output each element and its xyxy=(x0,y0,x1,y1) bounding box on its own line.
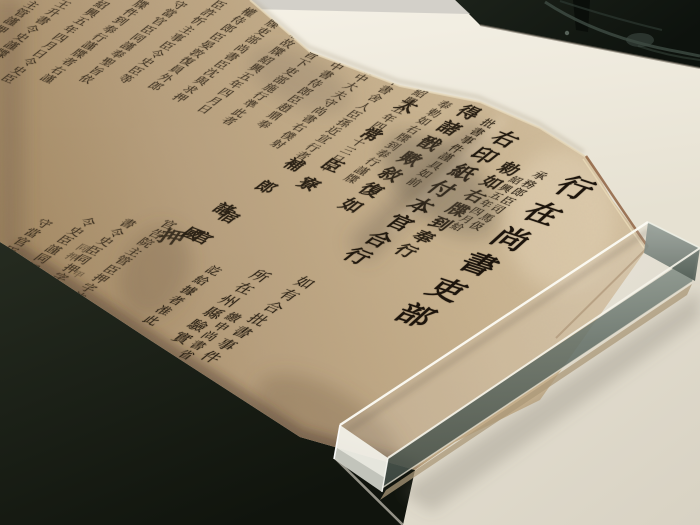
calligraphy-character: 射 xyxy=(268,138,289,150)
calligraphy-character: 到 xyxy=(110,15,131,27)
calligraphy-character: 在 xyxy=(230,281,257,297)
calligraphy-character: 吏 xyxy=(419,275,472,305)
calligraphy-character: 付 xyxy=(422,179,460,201)
manuscript-scroll xyxy=(0,0,700,525)
calligraphy-character: 近 xyxy=(323,125,344,137)
calligraphy-character: 押 xyxy=(62,252,81,263)
calligraphy-character: 事 xyxy=(213,337,240,353)
calligraphy-character: 告 xyxy=(145,228,167,241)
calligraphy-character: 五 xyxy=(389,104,410,116)
paper-under-acrylic xyxy=(380,284,692,500)
calligraphy-character: 下 xyxy=(291,58,312,70)
foreground-layer xyxy=(0,0,700,525)
calligraphy-character: 者 xyxy=(219,115,240,127)
calligraphy-character: 月 xyxy=(358,129,379,141)
calligraphy-character: 件 xyxy=(120,7,141,19)
calligraphy-character: 合 xyxy=(359,230,397,252)
calligraphy-character: 官 xyxy=(156,219,178,232)
calligraphy-character: 吏 xyxy=(281,66,302,78)
case-frame-edge xyxy=(480,25,700,68)
calligraphy-character: 郎 xyxy=(218,23,239,35)
calligraphy-character: 謹 xyxy=(38,73,59,85)
scroll-paper xyxy=(0,0,648,470)
calligraphy-character: 臣 xyxy=(0,73,19,85)
torn-edge-highlight xyxy=(583,159,644,248)
calligraphy-character: 旨 xyxy=(87,65,108,77)
calligraphy-character: 如 xyxy=(334,197,367,216)
calligraphy-character: 給 xyxy=(448,222,467,233)
calligraphy-character: 事 xyxy=(457,134,478,146)
calligraphy-character: 準 xyxy=(240,99,261,111)
calligraphy-character: 王 xyxy=(53,0,74,11)
calligraphy-character: 諸 xyxy=(208,202,237,219)
calligraphy-character: 行 xyxy=(362,157,383,169)
calligraphy-character: 者 xyxy=(292,150,313,162)
calligraphy-character: 書 xyxy=(186,340,208,353)
calligraphy-character: 日 xyxy=(29,48,50,60)
calligraphy-character: 臣 xyxy=(285,94,306,106)
calligraphy-character: 夫 xyxy=(330,89,351,101)
calligraphy-character: 趙 xyxy=(274,102,295,114)
calligraphy-character: 牒 xyxy=(0,48,11,60)
calligraphy-character: 鼎 xyxy=(264,110,285,122)
calligraphy-character: 訖 xyxy=(151,367,173,380)
calligraphy-character: 尚 xyxy=(198,330,220,343)
calligraphy-character: 臣 xyxy=(208,0,229,11)
calligraphy-character: 主 xyxy=(177,24,198,36)
calligraphy-character: 書 xyxy=(221,51,242,63)
calligraphy-character: 如 xyxy=(413,116,434,128)
stain-overlay xyxy=(371,119,505,245)
calligraphy-character: 所 xyxy=(246,269,273,285)
calligraphy-character: 臣 xyxy=(0,245,20,258)
calligraphy-character: 到 xyxy=(383,140,404,152)
calligraphy-character: 中 xyxy=(350,73,371,85)
calligraphy-character: 牒 xyxy=(69,48,90,60)
calligraphy-character: 紹 xyxy=(256,54,277,66)
acrylic-far-end-face xyxy=(644,222,700,281)
calligraphy-character: 興 xyxy=(246,62,267,74)
calligraphy-character: 訖 xyxy=(202,265,224,278)
calligraphy-character: 當 xyxy=(159,8,180,20)
calligraphy-character: 四 xyxy=(215,87,236,99)
calligraphy-character: 給 xyxy=(189,275,211,288)
calligraphy-character: 郎 xyxy=(250,179,279,196)
calligraphy-character: 外 xyxy=(156,72,177,84)
calligraphy-character: 勅 xyxy=(424,107,445,119)
calligraphy-character: 此 xyxy=(229,107,250,119)
acrylic-contact-shadow xyxy=(346,230,650,432)
calligraphy-character: 史 xyxy=(9,65,30,77)
calligraphy-character: 四 xyxy=(368,120,389,132)
acrylic-weight xyxy=(334,222,700,512)
calligraphy-character: 院 xyxy=(134,237,156,250)
calligraphy-character: 守 xyxy=(32,218,54,231)
calligraphy-character: 管 xyxy=(111,255,133,268)
calligraphy-character: 得 xyxy=(451,104,484,123)
calligraphy-character: 主 xyxy=(122,246,144,259)
calligraphy-character: 驗 xyxy=(183,318,210,334)
calligraphy-character: 臣 xyxy=(100,264,122,277)
calligraphy-character: 行 xyxy=(390,243,421,261)
case-wall-strip xyxy=(240,0,470,14)
calligraphy-character: 臣 xyxy=(82,245,104,258)
calligraphy-character: 常 xyxy=(355,126,386,144)
calligraphy-character: 件 xyxy=(197,350,224,366)
calligraphy-character: 管 xyxy=(11,7,32,19)
calligraphy-character: 前 xyxy=(404,176,425,188)
calligraphy-character: 奉 xyxy=(107,49,128,61)
calligraphy-character: 謹 xyxy=(1,16,22,28)
calligraphy-character: 奉 xyxy=(254,118,275,130)
calligraphy-character: 年 xyxy=(477,198,496,209)
calligraphy-character: 此 xyxy=(139,315,161,328)
calligraphy-character: 甲 xyxy=(68,270,85,280)
calligraphy-character: 同 xyxy=(73,243,92,254)
calligraphy-character: 行 xyxy=(303,142,324,154)
calligraphy-character: 奉 xyxy=(372,148,393,160)
calligraphy-character: 依 xyxy=(76,73,97,85)
calligraphy-character: 興 xyxy=(496,183,515,194)
calligraphy-character: 尚 xyxy=(232,43,253,55)
calligraphy-character: 太 xyxy=(391,98,422,116)
calligraphy-character: 合 xyxy=(259,300,286,316)
calligraphy-character: 行 xyxy=(337,246,375,268)
calligraphy-character: 興 xyxy=(399,96,420,108)
scroll-cast-shadow xyxy=(248,0,584,152)
calligraphy-character: 郎 xyxy=(508,187,529,199)
calligraphy-character: 奉 xyxy=(99,24,120,36)
calligraphy-character: 牒 xyxy=(263,18,284,30)
calligraphy-character: 侍 xyxy=(305,77,326,89)
calligraphy-character: 紹 xyxy=(91,0,112,11)
calligraphy-character: 敘 xyxy=(373,166,406,185)
calligraphy-character: 吏 xyxy=(252,26,273,38)
acrylic-shadow xyxy=(400,290,700,512)
acrylic-side-face xyxy=(382,252,698,488)
calligraphy-character: 補 xyxy=(278,157,307,174)
calligraphy-character: 臣 xyxy=(126,65,147,77)
calligraphy-character: 本 xyxy=(401,196,439,218)
calligraphy-character: 年 xyxy=(60,24,81,36)
calligraphy-character: 書 xyxy=(467,126,488,138)
calligraphy-character: 字 xyxy=(48,272,70,285)
calligraphy-character: 牒 xyxy=(341,173,362,185)
calligraphy-character: 與 xyxy=(191,75,212,87)
calligraphy-character: 同 xyxy=(128,32,149,44)
calligraphy-character: 批 xyxy=(478,118,499,130)
scroll-top-edge xyxy=(250,0,586,157)
calligraphy-character: 下 xyxy=(317,161,338,173)
calligraphy-character: 五 xyxy=(487,191,506,202)
calligraphy-character: 右 xyxy=(48,64,69,76)
calligraphy-character: 勅 xyxy=(287,30,308,42)
calligraphy-character: 五 xyxy=(236,71,257,83)
calligraphy-character: 牒 xyxy=(441,202,472,220)
calligraphy-character: 申 xyxy=(209,321,231,334)
calligraphy-character: 給 xyxy=(163,358,185,371)
calligraphy-character: 史 xyxy=(93,236,115,249)
calligraphy-character: 年 xyxy=(225,79,246,91)
calligraphy-character: 到 xyxy=(424,215,455,233)
calligraphy-character: 書 xyxy=(299,114,320,126)
calligraphy-character: 宿 xyxy=(213,209,242,226)
calligraphy-character: 升 xyxy=(42,7,63,19)
calligraphy-character: 牒 xyxy=(130,0,151,11)
calligraphy-character: 事 xyxy=(167,32,188,44)
calligraphy-character: 僕 xyxy=(278,130,299,142)
calligraphy-character: 行 xyxy=(547,174,600,204)
calligraphy-character: 五 xyxy=(70,16,91,28)
calligraphy-character: 臣 xyxy=(138,24,159,36)
calligraphy-character: 復 xyxy=(354,181,387,200)
museum-photo: 行在尚書吏部承務郎臣司馬伋紹興五年四月給勅如右牒到奉行右印紙付本官合行批書事件謹… xyxy=(0,0,700,525)
calligraphy-character: 縣 xyxy=(199,306,226,322)
calligraphy-character: 奉 xyxy=(407,229,438,247)
calligraphy-character: 訖 xyxy=(8,271,30,284)
calligraphy-character: 日 xyxy=(194,103,215,115)
calligraphy-character: 書 xyxy=(451,250,504,280)
calligraphy-character: 據 xyxy=(177,285,199,298)
calligraphy-character: 字 xyxy=(77,282,99,295)
calligraphy-character: 臣 xyxy=(316,157,347,175)
calligraphy-character: 准 xyxy=(152,305,174,318)
calligraphy-character: 具 xyxy=(425,160,446,172)
calligraphy-character: 晏 xyxy=(197,39,218,51)
calligraphy-character: 右 xyxy=(458,188,489,206)
calligraphy-character: 史 xyxy=(11,31,32,43)
calligraphy-character: 復 xyxy=(176,56,197,68)
calligraphy-character: 部 xyxy=(387,301,440,331)
calligraphy-character: 月 xyxy=(205,95,226,107)
acrylic-top-face xyxy=(340,222,700,458)
calligraphy-character: 令 xyxy=(105,227,127,240)
calligraphy-character: 四 xyxy=(50,32,71,44)
calligraphy-character: 押 xyxy=(0,24,11,36)
calligraphy-character: 權 xyxy=(238,7,259,19)
calligraphy-character: 勅 xyxy=(361,65,382,77)
calligraphy-character: 旨 xyxy=(301,49,322,61)
calligraphy-character: 守 xyxy=(169,0,190,11)
calligraphy-character: 興 xyxy=(81,7,102,19)
calligraphy-character: 如 xyxy=(415,168,436,180)
calligraphy-character: 尚 xyxy=(309,105,330,117)
calligraphy-character: 故 xyxy=(277,38,298,50)
glass-reflection-bar xyxy=(573,0,590,32)
calligraphy-character: 謹 xyxy=(436,151,457,163)
calligraphy-character: 許 xyxy=(198,7,219,19)
calligraphy-character: 押 xyxy=(89,273,111,286)
deck-bright-band xyxy=(240,0,700,252)
calligraphy-character: 務 xyxy=(519,178,540,190)
calligraphy-character: 等 xyxy=(116,73,137,85)
case-glass xyxy=(455,0,700,68)
calligraphy-character: 大 xyxy=(340,81,361,93)
display-deck xyxy=(0,0,700,525)
calligraphy-character: 員 xyxy=(166,64,187,76)
calligraphy-character: 施 xyxy=(260,82,281,94)
calligraphy-character: 部 xyxy=(242,34,263,46)
calligraphy-character: 月 xyxy=(40,40,61,52)
calligraphy-character: 訖 xyxy=(66,291,88,304)
calligraphy-character: 諸 xyxy=(432,119,465,138)
calligraphy-character: 臣 xyxy=(211,59,232,71)
calligraphy-character: 中 xyxy=(385,76,406,88)
calligraphy-character: 臣 xyxy=(53,235,75,248)
calligraphy-character: 書 xyxy=(116,218,138,231)
calligraphy-character: 押 xyxy=(153,229,189,249)
acrylic-near-end-face xyxy=(334,425,388,492)
calligraphy-character: 求 xyxy=(180,84,201,96)
calligraphy-character: 書 xyxy=(315,69,336,81)
calligraphy-character: 給 xyxy=(37,281,59,294)
calligraphy-character: 件 xyxy=(446,143,467,155)
calligraphy-character: 史 xyxy=(64,226,86,239)
calligraphy-character: 寮 xyxy=(292,176,323,194)
calligraphy-character: 官 xyxy=(186,230,215,247)
calligraphy-character: 史 xyxy=(136,57,157,69)
calligraphy-character: 在 xyxy=(515,199,568,229)
calligraphy-character: 臣 xyxy=(498,195,519,207)
calligraphy-character: 如 xyxy=(291,275,318,291)
calligraphy-character: 聖 xyxy=(97,57,118,69)
calligraphy-character: 奉 xyxy=(434,99,455,111)
calligraphy-character: 訖 xyxy=(0,32,1,44)
calligraphy-character: 書 xyxy=(32,15,53,27)
scroll-edge-through-acrylic xyxy=(556,247,648,338)
calligraphy-character: 謹 xyxy=(79,40,100,52)
calligraphy-character: 四 xyxy=(467,206,486,217)
calligraphy-character: 歟 xyxy=(393,150,426,169)
calligraphy-character: 部 xyxy=(270,74,291,86)
calligraphy-character: 國 xyxy=(177,227,206,244)
calligraphy-character: 勅 xyxy=(493,161,524,179)
calligraphy-character: 押 xyxy=(0,254,9,267)
calligraphy-character: 州 xyxy=(215,293,242,309)
calligraphy-character: 戩 xyxy=(412,135,445,154)
calligraphy-character: 有 xyxy=(275,288,302,304)
calligraphy-character: 臣 xyxy=(344,109,365,121)
calligraphy-character: 如 xyxy=(476,174,507,192)
calligraphy-character: 臣 xyxy=(207,31,228,43)
calligraphy-character: 人 xyxy=(354,101,375,113)
calligraphy-character: 批 xyxy=(244,312,271,328)
calligraphy-character: 郎 xyxy=(295,86,316,98)
calligraphy-character: 者 xyxy=(164,295,186,308)
glass-reflection-arc xyxy=(545,2,700,56)
calligraphy-character: 十 xyxy=(348,137,369,149)
calligraphy-character: 牒 xyxy=(393,132,414,144)
calligraphy-character: 右 xyxy=(485,129,523,151)
calligraphy-character: 謹 xyxy=(1,40,22,52)
calligraphy-character: 官 xyxy=(148,16,169,28)
torn-edge xyxy=(586,156,648,247)
calligraphy-character: 右 xyxy=(288,122,309,134)
calligraphy-character: 年 xyxy=(379,112,400,124)
calligraphy-character: 孫 xyxy=(334,117,355,129)
calligraphy-character: 敦 xyxy=(187,47,208,59)
calligraphy-character: 紹 xyxy=(506,175,525,186)
calligraphy-text-layer: 行在尚書吏部承務郎臣司馬伋紹興五年四月給勅如右牒到奉行右印紙付本官合行批書事件謹… xyxy=(0,0,700,525)
calligraphy-character: 令 xyxy=(19,56,40,68)
calligraphy-character: 繳 xyxy=(221,312,243,325)
calligraphy-character: 實 xyxy=(168,331,195,347)
calligraphy-character: 官 xyxy=(380,213,418,235)
calligraphy-character: 三 xyxy=(337,145,358,157)
calligraphy-character: 押 xyxy=(59,263,81,276)
calligraphy-character: 謹 xyxy=(42,244,64,257)
calligraphy-character: 兼 xyxy=(336,53,357,65)
acrylic-near-end-shading xyxy=(334,448,385,492)
calligraphy-character: 行 xyxy=(250,90,271,102)
calligraphy-character: 省 xyxy=(174,349,196,362)
calligraphy-character: 紹 xyxy=(410,88,431,100)
calligraphy-character: 謹 xyxy=(352,165,373,177)
calligraphy-character: 臣 xyxy=(157,40,178,52)
calligraphy-character: 宣 xyxy=(313,133,334,145)
display-case-background xyxy=(0,0,700,525)
calligraphy-character: 主 xyxy=(21,0,42,11)
calligraphy-character: 守 xyxy=(319,97,340,109)
calligraphy-character: 尚 xyxy=(483,225,536,255)
calligraphy-character: 沈 xyxy=(201,67,222,79)
paper-stains xyxy=(0,0,700,525)
calligraphy-character: 押 xyxy=(19,262,41,275)
calligraphy-character: 書 xyxy=(228,325,255,341)
calligraphy-character: 郎 xyxy=(145,80,166,92)
calligraphy-character: 右 xyxy=(403,124,424,136)
calligraphy-character: 舍 xyxy=(364,92,385,104)
calligraphy-character: 者 xyxy=(58,56,79,68)
calligraphy-character: 忻 xyxy=(188,16,209,28)
calligraphy-character: 牒 xyxy=(267,46,288,58)
calligraphy-character: 司 xyxy=(487,203,508,215)
case-front-shadow xyxy=(0,242,415,525)
calligraphy-character: 同 xyxy=(30,253,52,266)
calligraphy-character: 日 xyxy=(327,153,348,165)
calligraphy-character: 印 xyxy=(464,146,502,168)
calligraphy-character: 押 xyxy=(170,92,191,104)
calligraphy-character: 中 xyxy=(326,61,347,73)
calligraphy-character: 令 xyxy=(146,48,167,60)
calligraphy-character: 聖 xyxy=(312,41,333,53)
calligraphy-character: 官 xyxy=(9,236,31,249)
calligraphy-character: 書 xyxy=(375,84,396,96)
calligraphy-character: 月 xyxy=(457,214,476,225)
calligraphy-character: 伋 xyxy=(466,220,487,232)
calligraphy-character: 行 xyxy=(89,32,110,44)
calligraphy-character: 當 xyxy=(21,227,43,240)
calligraphy-character: 馬 xyxy=(477,212,498,224)
calligraphy-character: 同 xyxy=(71,254,93,267)
deck-front-corner xyxy=(335,458,403,525)
calligraphy-character: 謹 xyxy=(117,40,138,52)
acrylic-edge-highlight xyxy=(340,222,648,425)
calligraphy-character: 令 xyxy=(22,23,43,35)
calligraphy-character: 侍 xyxy=(228,15,249,27)
calligraphy-character: 紙 xyxy=(443,163,481,185)
calligraphy-character: 令 xyxy=(76,217,98,230)
calligraphy-character: 承 xyxy=(529,170,550,182)
